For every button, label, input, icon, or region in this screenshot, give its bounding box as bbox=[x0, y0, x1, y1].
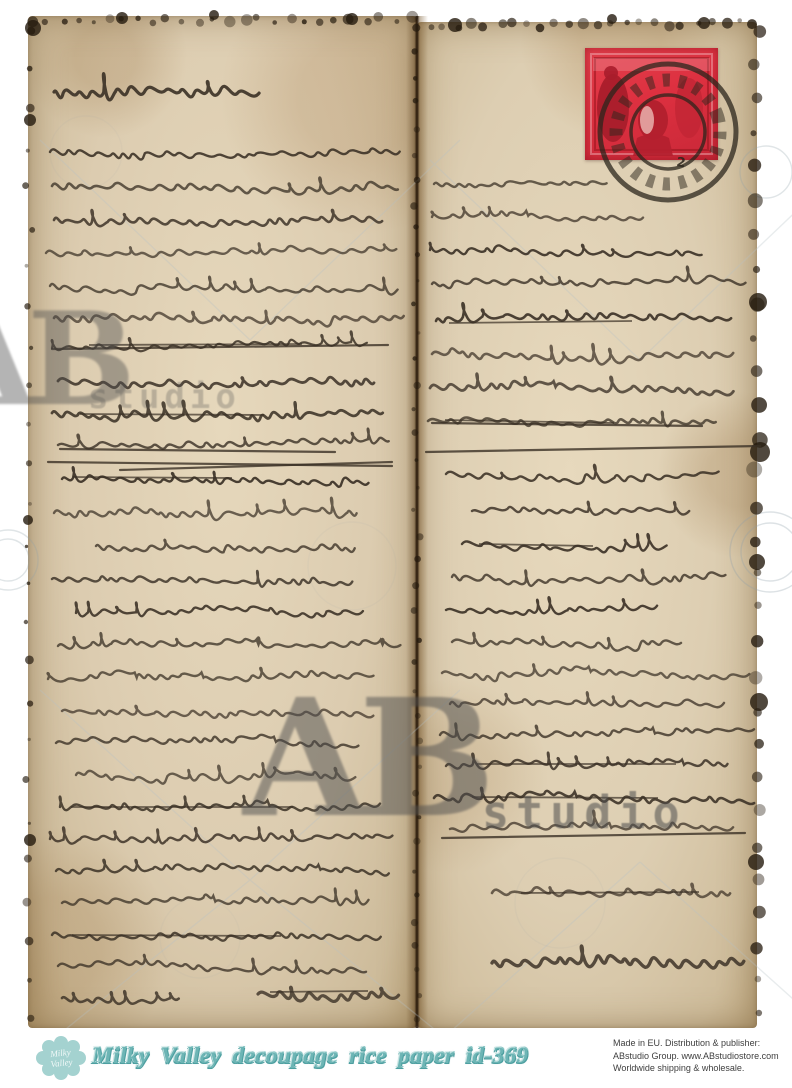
letter-left-page bbox=[28, 16, 417, 1028]
postage-stamp bbox=[585, 48, 718, 160]
publisher-info-line: Worldwide shipping & wholesale. bbox=[613, 1062, 773, 1075]
letter-right-page bbox=[417, 22, 757, 1028]
product-title: Milky Valley decoupage rice paper id-369 bbox=[92, 1043, 529, 1069]
fold-crease bbox=[406, 16, 428, 1028]
footer-bar: Milky Valley Milky Valley decoupage rice… bbox=[0, 1028, 792, 1088]
publisher-info-line: ABstudio Group. www.ABstudiostore.com bbox=[613, 1050, 773, 1063]
publisher-info: Made in EU. Distribution & publisher: AB… bbox=[613, 1037, 773, 1075]
stamp-portrait bbox=[585, 48, 718, 160]
milky-valley-logo: Milky Valley bbox=[36, 1035, 86, 1081]
publisher-info-line: Made in EU. Distribution & publisher: bbox=[613, 1037, 773, 1050]
product-photo: 2 AB studio AB studio Milky Valley Milky… bbox=[0, 0, 792, 1088]
